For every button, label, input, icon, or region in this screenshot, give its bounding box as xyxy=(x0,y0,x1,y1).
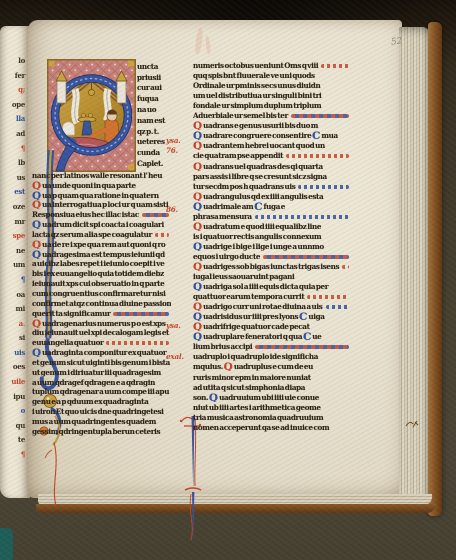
left-text-column: nanc per latinos walle resonant l' heu Q… xyxy=(32,170,171,436)
entry-initial: Q xyxy=(32,252,41,259)
line-text: ut genum i diriuatur iii quadragesim xyxy=(32,368,161,377)
text-line: Quadrans uel quadras des qi quarta xyxy=(193,160,351,170)
line-text: uadragesima est tempus ieiunii qd xyxy=(42,250,165,259)
text-line: Qua interrogatiua p loci ur q uam sisti xyxy=(32,200,171,210)
line-filler xyxy=(106,341,169,345)
ink-doodle xyxy=(404,418,420,430)
facing-page-edge: lo fer q; ope lla ad ¶ lb us est oze mr … xyxy=(0,26,30,498)
line-text: uadruplo i quadruplo ide significha xyxy=(193,352,318,361)
line-text: Responsiua eius hec illac istac xyxy=(32,210,139,219)
facing-page-text-fragment: uis xyxy=(0,348,30,363)
mid-initial: C xyxy=(299,314,307,321)
book-fore-edge xyxy=(399,27,430,509)
text-line: Qua de re i xpe qua rem aut quoni q ro xyxy=(32,239,171,249)
line-filler xyxy=(286,154,349,158)
mid-initial: C xyxy=(303,334,311,341)
text-line: lacta qz serum alia spe coagulatur xyxy=(32,229,171,239)
line-text: a uum qdragef qdragen e a qdragin xyxy=(32,378,155,387)
text-line: ad utita q sicut simphonia diapa xyxy=(193,382,351,392)
text-line: um uel distributiua ur singuli bini tri xyxy=(193,90,351,100)
line-text: fuqua xyxy=(137,94,158,103)
facing-page-text-fragment: spe xyxy=(0,231,30,246)
tower-right xyxy=(117,81,126,103)
line-text: uadrigo curr uni rotae diuina a uis xyxy=(203,302,322,311)
line-text: is i quatuor rectis angulis connexum xyxy=(193,232,321,241)
entry-initial: Q xyxy=(193,123,202,130)
line-text: uadraginta componitur ex quatuor xyxy=(42,348,166,357)
text-line: Caplet. xyxy=(137,157,170,168)
text-line: uadruplo i quadruplo ide significha xyxy=(193,351,351,361)
text-line: quq spis bnt fluuerale ve uni quods xyxy=(193,70,351,80)
text-line: Ordinale ur pminis secs unus diuidn xyxy=(193,80,351,90)
facing-page-text-fragment: mi xyxy=(0,304,30,319)
text-line: Quadrige i bige i lige i unge a unnmo xyxy=(193,241,351,251)
text-line: Quadragesima est tempus ieiunii qd xyxy=(32,249,171,259)
facing-page-text-fragment: mr xyxy=(0,217,30,232)
entry-initial: Q xyxy=(193,264,202,271)
entry-initial: Q xyxy=(32,222,41,229)
facing-page-text-fragment: uile xyxy=(0,377,30,392)
entry-initial: Q xyxy=(32,193,41,200)
text-line: confirmet atqz continua diuine passionis xyxy=(32,298,171,308)
line-text: uadrum dicit spi coacta i coagulari xyxy=(42,220,164,229)
entry-initial: Q xyxy=(193,334,202,341)
facing-page-text-fragment: ¶ xyxy=(0,144,30,159)
line-filler xyxy=(326,305,349,309)
line-text: uadruuium ubi iiii uie conue xyxy=(219,393,319,402)
line-filler xyxy=(113,312,169,316)
entry-initial: Q xyxy=(193,133,202,140)
text-line: ut genum i diriuatur iii quadragesim xyxy=(32,367,171,377)
entry-initial: Q xyxy=(193,204,202,211)
text-line: Quadratum e quod iiii equalibz line xyxy=(193,221,351,231)
line-text: fondale ur simplum duplum triplum xyxy=(193,101,321,110)
text-line: Quadragenarius numerus p o est xps xyxy=(32,318,171,328)
entry-initial: Q xyxy=(193,143,202,150)
line-filler xyxy=(142,213,169,217)
entry-initial: Q xyxy=(32,183,41,190)
line-text: Aduerbiale ur semel bis ter xyxy=(193,111,288,120)
text-line: Aduerbiale ur semel bis ter xyxy=(193,110,351,120)
line-text: a uicibz labes repet i ieiunio coepit i … xyxy=(32,259,164,268)
line-text: uiga xyxy=(308,312,324,321)
text-line: uncta xyxy=(137,60,170,71)
text-line: genu e a p qduum ex quadraginta xyxy=(32,396,171,406)
entry-initial: Q xyxy=(193,224,202,231)
text-line: Quadriga sol a iiii equis dicta quia per xyxy=(193,281,351,291)
facing-page-text-fragment: oes xyxy=(0,362,30,377)
line-text: ad utita q sicut simphonia diapa xyxy=(193,383,305,392)
text-line: tria musica astronomia quadruuium xyxy=(193,412,351,422)
line-text: querit ta significamur xyxy=(32,309,110,318)
text-line: a uum qdragef qdragen e a qdragin xyxy=(32,377,171,387)
line-text: uadriges sob bigas iunctas trigas isens xyxy=(203,262,339,271)
text-line: Qua unde quoni in qua parte xyxy=(32,180,171,190)
line-text: iugal ieus saouaruint pagani xyxy=(193,272,294,281)
line-text: genu e a p qduum ex quadraginta xyxy=(32,397,148,406)
line-text: uadrans uel quadras des qi quarta xyxy=(203,162,323,171)
text-line: ieiunauit xps cui obseruatio in q parte xyxy=(32,278,171,288)
line-text: quattuor earum tempora currit xyxy=(193,292,304,301)
entry-initial: Q xyxy=(32,350,41,357)
text-line: Quadriges sob bigas iunctas trigas isens xyxy=(193,261,351,271)
entry-initial: Q xyxy=(193,244,202,251)
text-line: Quadrans e genus usurii bis duo m xyxy=(193,120,351,130)
facing-page-text-fragment: lb xyxy=(0,158,30,173)
text-line: querit ta significamur xyxy=(32,308,171,318)
text-line: tur secdm pos h quadrans uis xyxy=(193,181,351,191)
line-text: nanc per latinos walle resonant l' heu xyxy=(32,171,162,180)
text-line: Quadrare congruere consentire Cmua xyxy=(193,130,351,140)
line-text: cum congruentius confirmaretur nisi xyxy=(32,289,166,298)
frame-corner xyxy=(128,61,134,67)
line-filler xyxy=(155,233,169,237)
text-line: i uiron Et quo uicis dne quadringetesi xyxy=(32,406,171,416)
mid-initial: Q xyxy=(224,364,233,371)
facing-page-text-fragment: q; xyxy=(0,85,30,100)
line-text: cunda xyxy=(137,148,160,157)
line-text: quq spis bnt fluuerale ve uni quods xyxy=(193,71,315,80)
line-text: cur aui xyxy=(137,83,162,92)
text-line: Quadrimale am Cfuga e xyxy=(193,201,351,211)
text-line: ueteres xyxy=(137,136,170,147)
text-line: iugal ieus saouaruint pagani xyxy=(193,271,351,281)
text-line: numeris octobus ueniunt Oms q viii xyxy=(193,60,351,70)
line-filler xyxy=(342,265,349,269)
line-text: mus a uum quadringentes quadem xyxy=(32,417,156,426)
line-filler xyxy=(263,255,349,259)
line-text: uadrantem hebrei uocant quod un xyxy=(203,141,325,150)
facing-page-text-fragment: lo xyxy=(0,56,30,71)
line-text: tuplum qdragenar a uum compe iii apu xyxy=(32,387,169,396)
text-line: fondale ur simplum duplum triplum xyxy=(193,100,351,110)
line-text: gessim qdringentupla berun ceteris xyxy=(32,427,160,436)
text-line: Quadraginta componitur ex quatuor xyxy=(32,347,171,357)
line-text: uadrimale am xyxy=(203,202,254,211)
text-line: cum congruentius confirmaretur nisi xyxy=(32,288,171,298)
facing-page-text-fragment: oze xyxy=(0,202,30,217)
facing-page-text-fragment: ne xyxy=(0,246,30,261)
line-text: tria musica astronomia quadruuium xyxy=(193,413,323,422)
text-line: is i quatuor rectis angulis connexum xyxy=(193,231,351,241)
text-line: Quadrifrige quatuor cade pecat xyxy=(193,321,351,331)
line-text: niut ub iiii artes i arithmetica geome xyxy=(193,403,321,412)
line-text: uadriga sol a iiii equis dicta quia per xyxy=(203,282,328,291)
facing-page-text-fragment: qu xyxy=(0,421,30,436)
facing-page-text-fragment: oa xyxy=(0,290,30,305)
text-line: nanc per latinos walle resonant l' heu xyxy=(32,170,171,180)
line-text: mquius. xyxy=(193,362,224,371)
text-line: cur aui xyxy=(137,82,170,93)
line-text: ueteres xyxy=(137,137,165,146)
text-line: lium brius accipi xyxy=(193,341,351,351)
tower-left xyxy=(57,81,66,103)
line-text: ua unde quoni in qua parte xyxy=(42,181,136,190)
line-text: pars assis i libre q se cresunt sicz sig… xyxy=(193,172,327,181)
text-line: fuqua xyxy=(137,92,170,103)
text-line: euuangelia quatuor xyxy=(32,337,171,347)
facing-page-text-fragment: o xyxy=(0,406,30,421)
facing-page-text-fragment: te xyxy=(0,435,30,450)
text-line: Quadrantem hebrei uocant quod un xyxy=(193,140,351,150)
line-text: uadragenarius numerus p o est xps xyxy=(42,319,165,328)
line-text: fuga e xyxy=(263,202,285,211)
text-line: cunda xyxy=(137,146,170,157)
line-text: uadrangulus qd ex iiii angulis esta xyxy=(203,192,323,201)
line-text: uadruplus e cum de eu xyxy=(234,362,313,371)
line-text: lacta qz serum alia spe coagulatur xyxy=(32,230,152,239)
line-text: son. xyxy=(193,393,209,402)
line-text: lium brius accipi xyxy=(193,342,252,351)
line-text: i uiron Et quo uicis dne quadringetesi xyxy=(32,407,164,416)
mid-initial: C xyxy=(312,133,320,140)
text-line: phrasa mensura xyxy=(193,211,351,221)
facing-page-text-fragment: est xyxy=(0,187,30,202)
text-line: equos i uirgo ducte xyxy=(193,251,351,261)
facing-page-text-fragment: um xyxy=(0,260,30,275)
line-text: uadratum e quod iiii equalibz line xyxy=(203,222,321,231)
line-text: ua de re i xpe qua rem aut quoni q ro xyxy=(42,240,165,249)
entry-initial: Q xyxy=(32,321,41,328)
text-line: gessim qdringentupla berun ceteris xyxy=(32,426,171,436)
pencil-folio-number: 52 xyxy=(390,36,403,47)
line-text: nam est xyxy=(137,116,165,125)
line-text: priusii xyxy=(137,73,161,82)
line-filler xyxy=(307,295,349,299)
line-filler xyxy=(291,114,349,118)
entry-initial: Q xyxy=(193,284,202,291)
narrow-text-column: uncta priusii cur aui fuqua na uo nam es… xyxy=(137,60,170,168)
entry-initial: Q xyxy=(32,202,41,209)
entry-initial: Q xyxy=(193,194,202,201)
line-filler xyxy=(255,215,349,219)
line-text: uadrisidus ur iiii pres lyons xyxy=(203,312,299,321)
line-text: um uel distributiua ur singuli bini tri xyxy=(193,91,321,100)
line-text: uadrifrige quatuor cade pecat xyxy=(203,322,309,331)
line-text: uadrige i bige i lige i unge a unnmo xyxy=(203,242,324,251)
line-text: equos i uirgo ducte xyxy=(193,252,260,261)
text-line: a uicibz labes repet i ieiunio coepit i … xyxy=(32,259,171,269)
text-line: Quadrum dicit spi coacta i coagulari xyxy=(32,219,171,229)
text-line: son. Quadruuium ubi iiii uie conue xyxy=(193,392,351,402)
text-line: ruris minor epm in maiore nuniat xyxy=(193,371,351,381)
text-line: mquius. Quadruplus e cum de eu xyxy=(193,361,351,371)
frame-corner xyxy=(49,61,55,67)
text-line: quattuor earum tempora currit xyxy=(193,291,351,301)
line-text: qz p. t. xyxy=(137,127,159,136)
line-text: mua xyxy=(321,131,337,140)
text-line: nomen acceperunt qa se ad inuice com xyxy=(193,422,351,432)
text-line: pars assis i libre q se cresunt sicz sig… xyxy=(193,171,351,181)
text-line: mus a uum quadringentes quadem xyxy=(32,416,171,426)
line-text: euuangelia quatuor xyxy=(32,338,103,347)
line-text: uadruplare feneratori q qua xyxy=(203,332,303,341)
facing-page-text-fragment: lla xyxy=(0,114,30,129)
line-filler xyxy=(255,345,349,349)
text-line: Quadrangulus qd ex iiii angulis esta xyxy=(193,191,351,201)
line-filler xyxy=(321,64,349,68)
facing-page-text-fragment: ope xyxy=(0,100,30,115)
entry-initial: Q xyxy=(193,304,202,311)
facing-page-text-fragment: ipu xyxy=(0,392,30,407)
text-line: et genum sicut uiginti bis genum i bista xyxy=(32,357,171,367)
line-text: et genum sicut uiginti bis genum i bista xyxy=(32,358,170,367)
text-line: na uo xyxy=(137,103,170,114)
line-text: tur secdm pos h quadrans uis xyxy=(193,182,295,191)
text-line: niut ub iiii artes i arithmetica geome xyxy=(193,402,351,412)
facing-page-text-fragment: si xyxy=(0,333,30,348)
mid-initial: C xyxy=(254,204,262,211)
text-line: cie quatram pse appendit xyxy=(193,150,351,160)
line-text: nomen acceperunt qa se ad inuice com xyxy=(193,423,329,432)
text-line: Quadruplare feneratori q qua Cue xyxy=(193,331,351,341)
facing-page-text-fragment: ¶ xyxy=(0,275,30,290)
line-text: uadrare congruere consentire xyxy=(203,131,312,140)
right-text-column: numeris octobus ueniunt Oms q viii quq s… xyxy=(193,60,351,432)
line-text: uadrans e genus usurii bis duo m xyxy=(203,121,318,130)
penwork-descender xyxy=(178,412,208,546)
text-line: qz p. t. xyxy=(137,125,170,136)
text-line: priusii xyxy=(137,71,170,82)
line-text: ua interrogatiua p loci ur q uam sisti xyxy=(42,200,168,209)
line-text: ruris minor epm in maiore nuniat xyxy=(193,373,311,382)
line-text: Caplet. xyxy=(137,159,163,168)
mid-initial: Q xyxy=(209,395,218,402)
table-corner xyxy=(0,528,13,560)
text-line: Quadrigo curr uni rotae diuina a uis xyxy=(193,301,351,311)
entry-initial: Q xyxy=(193,314,202,321)
line-text: confirmet atqz continua diuine passionis xyxy=(32,299,171,308)
line-text: diu ieiunauit uel xpi decalogam legis et xyxy=(32,328,169,337)
facing-page-text-fragment: fer xyxy=(0,71,30,86)
text-line: bis i ex euuangelio quia totidem diebz xyxy=(32,268,171,278)
text-line: Quadrisidus ur iiii pres lyons Cuiga xyxy=(193,311,351,321)
text-line: Responsiua eius hec illac istac xyxy=(32,209,171,219)
line-text: phrasa mensura xyxy=(193,212,252,221)
line-text: na uo xyxy=(137,105,156,114)
line-text: ua p quam qua ratione in quatern xyxy=(42,191,159,200)
facing-page-text-fragment: ¶ xyxy=(0,450,30,465)
entry-initial: Q xyxy=(32,242,41,249)
facing-page-text-fragment: a. xyxy=(0,319,30,334)
line-text: ieiunauit xps cui obseruatio in q parte xyxy=(32,279,164,288)
facing-page-text-fragment: ad xyxy=(0,129,30,144)
line-text: uncta xyxy=(137,62,158,71)
text-line: diu ieiunauit uel xpi decalogam legis et xyxy=(32,328,171,338)
line-text: cie quatram pse appendit xyxy=(193,151,283,160)
manuscript-photo: lo fer q; ope lla ad ¶ lb us est oze mr … xyxy=(0,0,456,560)
entry-initial: Q xyxy=(193,324,202,331)
text-line: tuplum qdragenar a uum compe iii apu xyxy=(32,387,171,397)
entry-initial: Q xyxy=(193,164,202,171)
line-text: numeris octobus ueniunt Oms q viii xyxy=(193,61,318,70)
facing-page-text-fragment: us xyxy=(0,173,30,188)
line-filler xyxy=(298,185,349,189)
leather-cover-edge xyxy=(428,22,442,516)
line-text: Ordinale ur pminis secs unus diuidn xyxy=(193,81,320,90)
line-text: ue xyxy=(312,332,321,341)
text-line: Qua p quam qua ratione in quatern xyxy=(32,190,171,200)
text-line: nam est xyxy=(137,114,170,125)
line-text: bis i ex euuangelio quia totidem diebz xyxy=(32,269,164,278)
